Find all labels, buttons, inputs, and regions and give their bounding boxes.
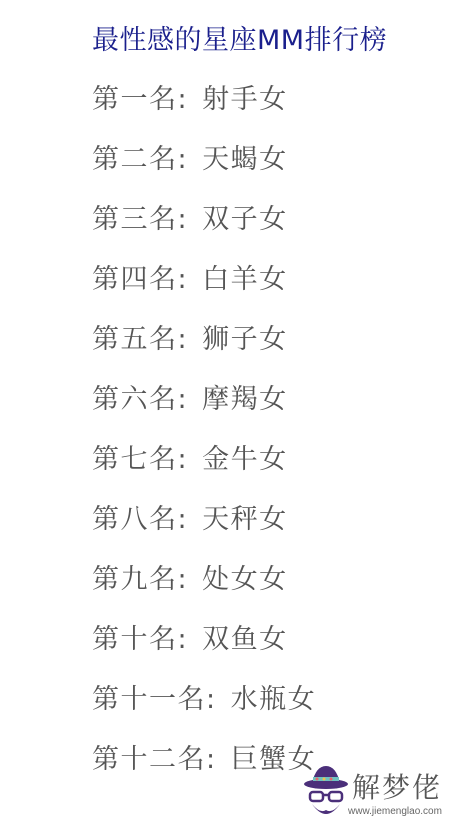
rank-label: 第六名: (92, 380, 188, 420)
brand-url: www.jiemenglao.com (348, 806, 442, 817)
rank-label: 第二名: (92, 140, 188, 180)
list-item: 第六名:摩羯女 (92, 380, 316, 440)
sign-name: 处女女 (202, 560, 288, 600)
sign-name: 水瓶女 (231, 680, 317, 720)
sign-name: 双子女 (202, 200, 288, 240)
rank-label: 第五名: (92, 320, 188, 360)
list-item: 第四名:白羊女 (92, 260, 316, 320)
list-item: 第五名:狮子女 (92, 320, 316, 380)
page-title: 最性感的星座MM排行榜 (92, 18, 387, 57)
ranking-list: 第一名:射手女 第二名:天蝎女 第三名:双子女 第四名:白羊女 第五名:狮子女 … (92, 80, 316, 800)
list-item: 第十名:双鱼女 (92, 620, 316, 680)
brand-name: 解梦佬 (352, 766, 442, 806)
list-item: 第八名:天秤女 (92, 500, 316, 560)
sign-name: 摩羯女 (202, 380, 288, 420)
rank-label: 第九名: (92, 560, 188, 600)
rank-label: 第四名: (92, 260, 188, 300)
list-item: 第十二名:巨蟹女 (92, 740, 316, 800)
rank-label: 第七名: (92, 440, 188, 480)
sign-name: 狮子女 (202, 320, 288, 360)
rank-label: 第八名: (92, 500, 188, 540)
list-item: 第三名:双子女 (92, 200, 316, 260)
watermark: 解梦佬 www.jiemenglao.com (302, 762, 462, 822)
sign-name: 双鱼女 (202, 620, 288, 660)
sign-name: 白羊女 (202, 260, 288, 300)
rank-label: 第十名: (92, 620, 188, 660)
list-item: 第一名:射手女 (92, 80, 316, 140)
hat-mustache-mascot-icon (302, 762, 350, 824)
sign-name: 天秤女 (202, 500, 288, 540)
rank-label: 第十一名: (92, 680, 217, 720)
sign-name: 天蝎女 (202, 140, 288, 180)
list-item: 第九名:处女女 (92, 560, 316, 620)
list-item: 第七名:金牛女 (92, 440, 316, 500)
list-item: 第十一名:水瓶女 (92, 680, 316, 740)
sign-name: 金牛女 (202, 440, 288, 480)
rank-label: 第十二名: (92, 740, 217, 780)
list-item: 第二名:天蝎女 (92, 140, 316, 200)
rank-label: 第一名: (92, 80, 188, 120)
sign-name: 射手女 (202, 80, 288, 120)
rank-label: 第三名: (92, 200, 188, 240)
